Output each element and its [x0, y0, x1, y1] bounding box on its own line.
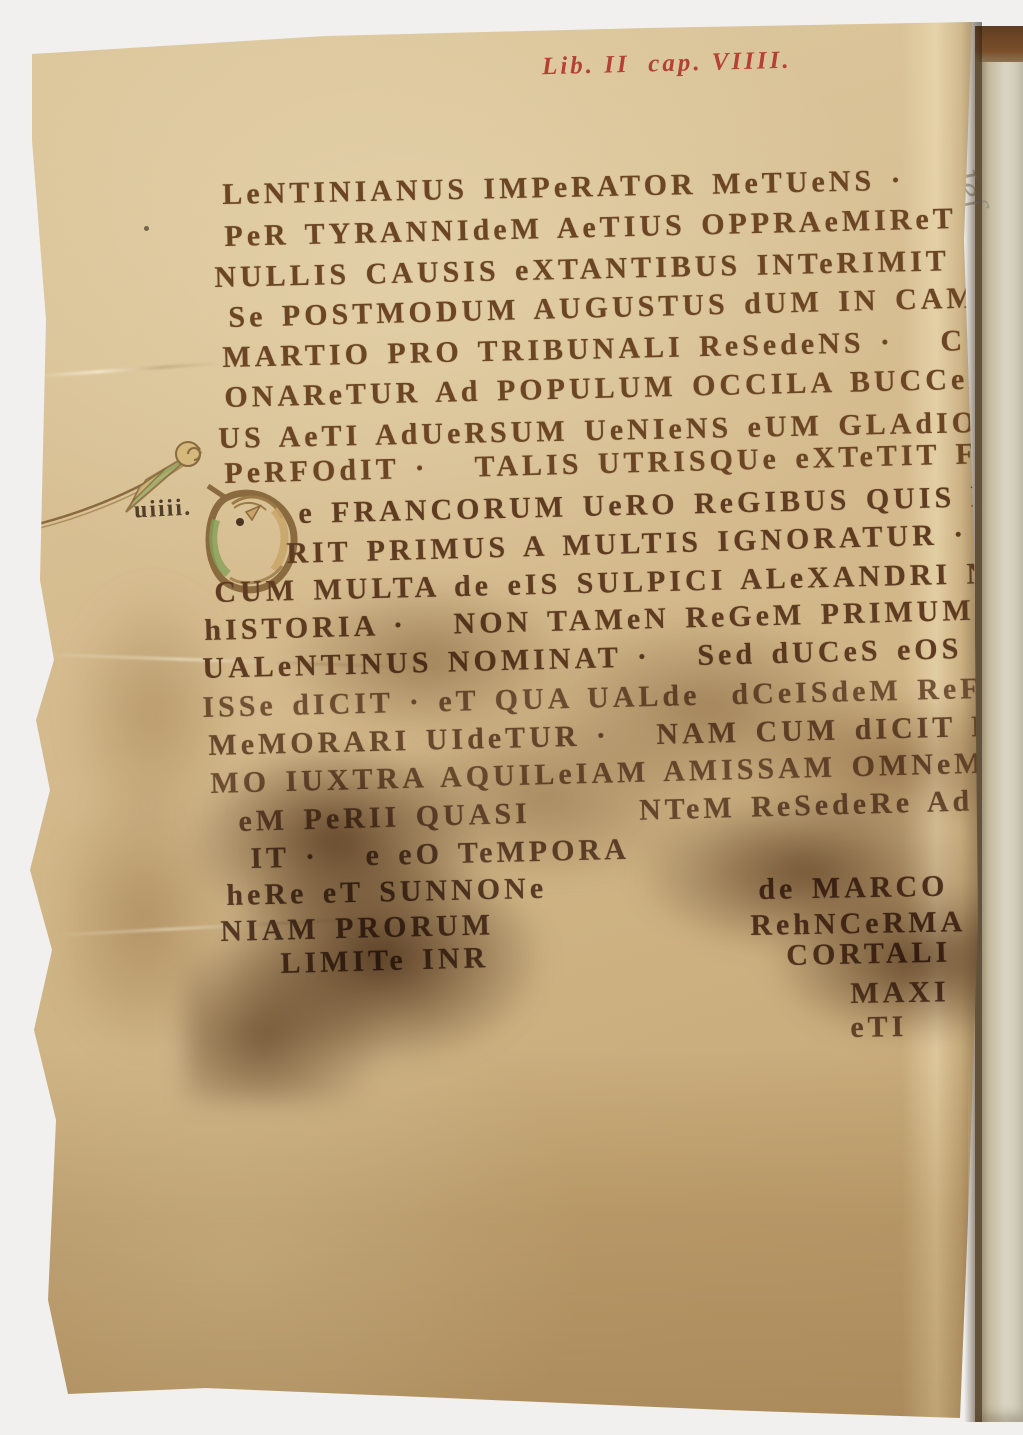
text-line-fragment: de MARCO	[758, 870, 949, 907]
text-line-fragment: MAXI	[850, 975, 950, 1011]
binding-patch	[975, 26, 1023, 62]
text-line: LIMITe INR	[280, 941, 490, 981]
text-line: IT · e eO TeMPORA	[250, 833, 630, 876]
next-folio-edge: Jef	[975, 26, 1023, 1422]
text-line-fragment: eTI	[850, 1010, 908, 1045]
manuscript-photo: Jef Lib. II cap. VIIII. uiiii.	[0, 0, 1023, 1435]
rubric-heading: Lib. II cap. VIIII.	[542, 47, 792, 82]
parchment-crease	[36, 361, 226, 377]
parchment-page: Lib. II cap. VIIII. uiiii. LeNTINIANUS I…	[26, 20, 978, 1424]
text-line: heRe eT SUNNONe	[226, 872, 547, 913]
ink-speck	[144, 226, 149, 231]
text-line-fragment: CORTALI	[786, 936, 951, 973]
bottom-discoloration	[36, 1050, 968, 1424]
